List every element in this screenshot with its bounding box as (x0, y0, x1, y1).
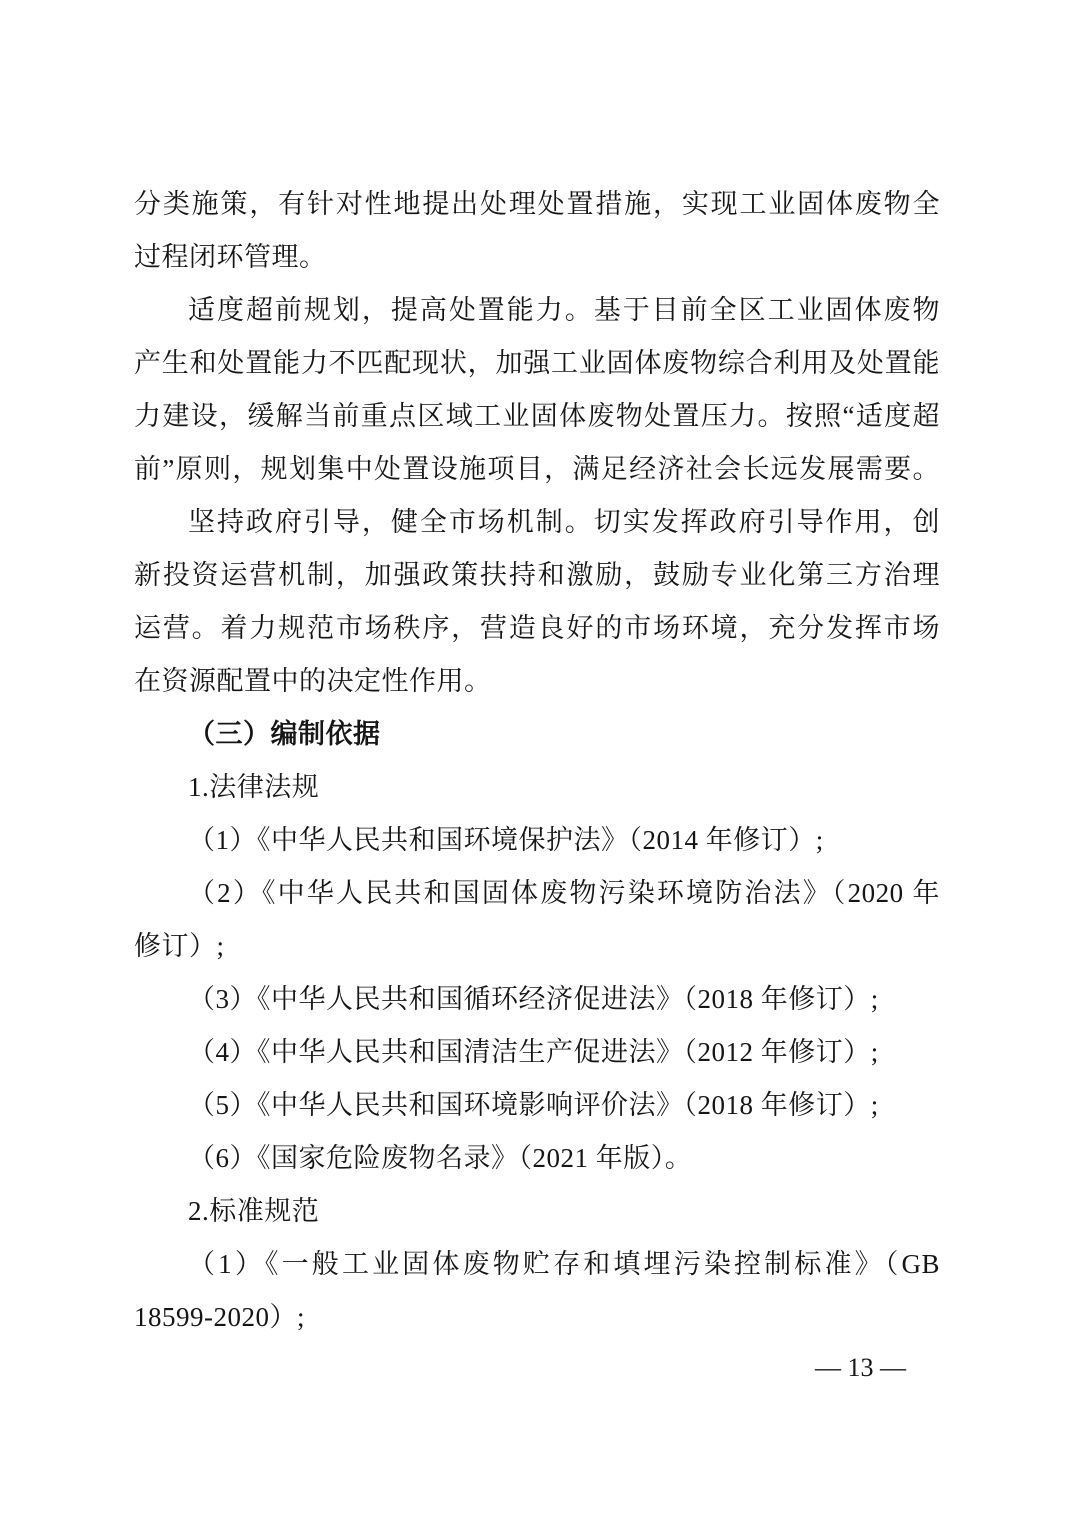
text-line: 运营。着力规范市场秩序，营造良好的市场环境，充分发挥市场 (134, 602, 940, 655)
list-item-text: （4）《中华人民共和国清洁生产促进法》（2012 年修订）; (134, 1026, 940, 1079)
law-item-3: （3）《中华人民共和国循环经济促进法》（2018 年修订）; (134, 973, 940, 1026)
law-item-1: （1）《中华人民共和国环境保护法》（2014 年修订）; (134, 814, 940, 867)
text-line: 前”原则，规划集中处置设施项目，满足经济社会长远发展需要。 (134, 443, 940, 496)
list-item-text: 修订）; (134, 920, 940, 973)
law-item-6: （6）《国家危险废物名录》（2021 年版）。 (134, 1132, 940, 1185)
paragraph-moderately-ahead-planning: 适度超前规划，提高处置能力。基于目前全区工业固体废物 产生和处置能力不匹配现状，… (134, 284, 940, 496)
list-item-text: 18599-2020）; (134, 1291, 940, 1344)
section-heading: （三）编制依据 (134, 708, 940, 761)
law-item-5: （5）《中华人民共和国环境影响评价法》（2018 年修订）; (134, 1079, 940, 1132)
text-line: 分类施策，有针对性地提出处理处置措施，实现工业固体废物全 (134, 178, 940, 231)
list-item-text: （1）《一般工业固体废物贮存和填埋污染控制标准》（GB (134, 1238, 940, 1291)
list-item-text: （2）《中华人民共和国固体废物污染环境防治法》（2020 年 (134, 867, 940, 920)
section-heading-compilation-basis: （三）编制依据 (134, 708, 940, 761)
law-item-2: （2）《中华人民共和国固体废物污染环境防治法》（2020 年 修订）; (134, 867, 940, 973)
text-line: 过程闭环管理。 (134, 231, 940, 284)
standard-item-1: （1）《一般工业固体废物贮存和填埋污染控制标准》（GB 18599-2020）; (134, 1238, 940, 1344)
subsection-laws-regulations: 1.法律法规 (134, 761, 940, 814)
subsection-title: 1.法律法规 (134, 761, 940, 814)
text-line: 力建设，缓解当前重点区域工业固体废物处置压力。按照“适度超 (134, 390, 940, 443)
list-item-text: （6）《国家危险废物名录》（2021 年版）。 (134, 1132, 940, 1185)
list-item-text: （3）《中华人民共和国循环经济促进法》（2018 年修订）; (134, 973, 940, 1026)
paragraph-government-guidance: 坚持政府引导，健全市场机制。切实发挥政府引导作用，创 新投资运营机制，加强政策扶… (134, 496, 940, 708)
text-line: 适度超前规划，提高处置能力。基于目前全区工业固体废物 (134, 284, 940, 337)
subsection-standards-specifications: 2.标准规范 (134, 1185, 940, 1238)
list-item-text: （1）《中华人民共和国环境保护法》（2014 年修订）; (134, 814, 940, 867)
subsection-title: 2.标准规范 (134, 1185, 940, 1238)
page-number: — 13 — (815, 1350, 906, 1386)
list-item-text: （5）《中华人民共和国环境影响评价法》（2018 年修订）; (134, 1079, 940, 1132)
text-line: 新投资运营机制，加强政策扶持和激励，鼓励专业化第三方治理 (134, 549, 940, 602)
document-text-block: 分类施策，有针对性地提出处理处置措施，实现工业固体废物全 过程闭环管理。 适度超… (134, 178, 940, 1344)
paragraph-closing-continuation: 分类施策，有针对性地提出处理处置措施，实现工业固体废物全 过程闭环管理。 (134, 178, 940, 284)
law-item-4: （4）《中华人民共和国清洁生产促进法》（2012 年修订）; (134, 1026, 940, 1079)
text-line: 坚持政府引导，健全市场机制。切实发挥政府引导作用，创 (134, 496, 940, 549)
text-line: 在资源配置中的决定性作用。 (134, 655, 940, 708)
text-line: 产生和处置能力不匹配现状，加强工业固体废物综合利用及处置能 (134, 337, 940, 390)
